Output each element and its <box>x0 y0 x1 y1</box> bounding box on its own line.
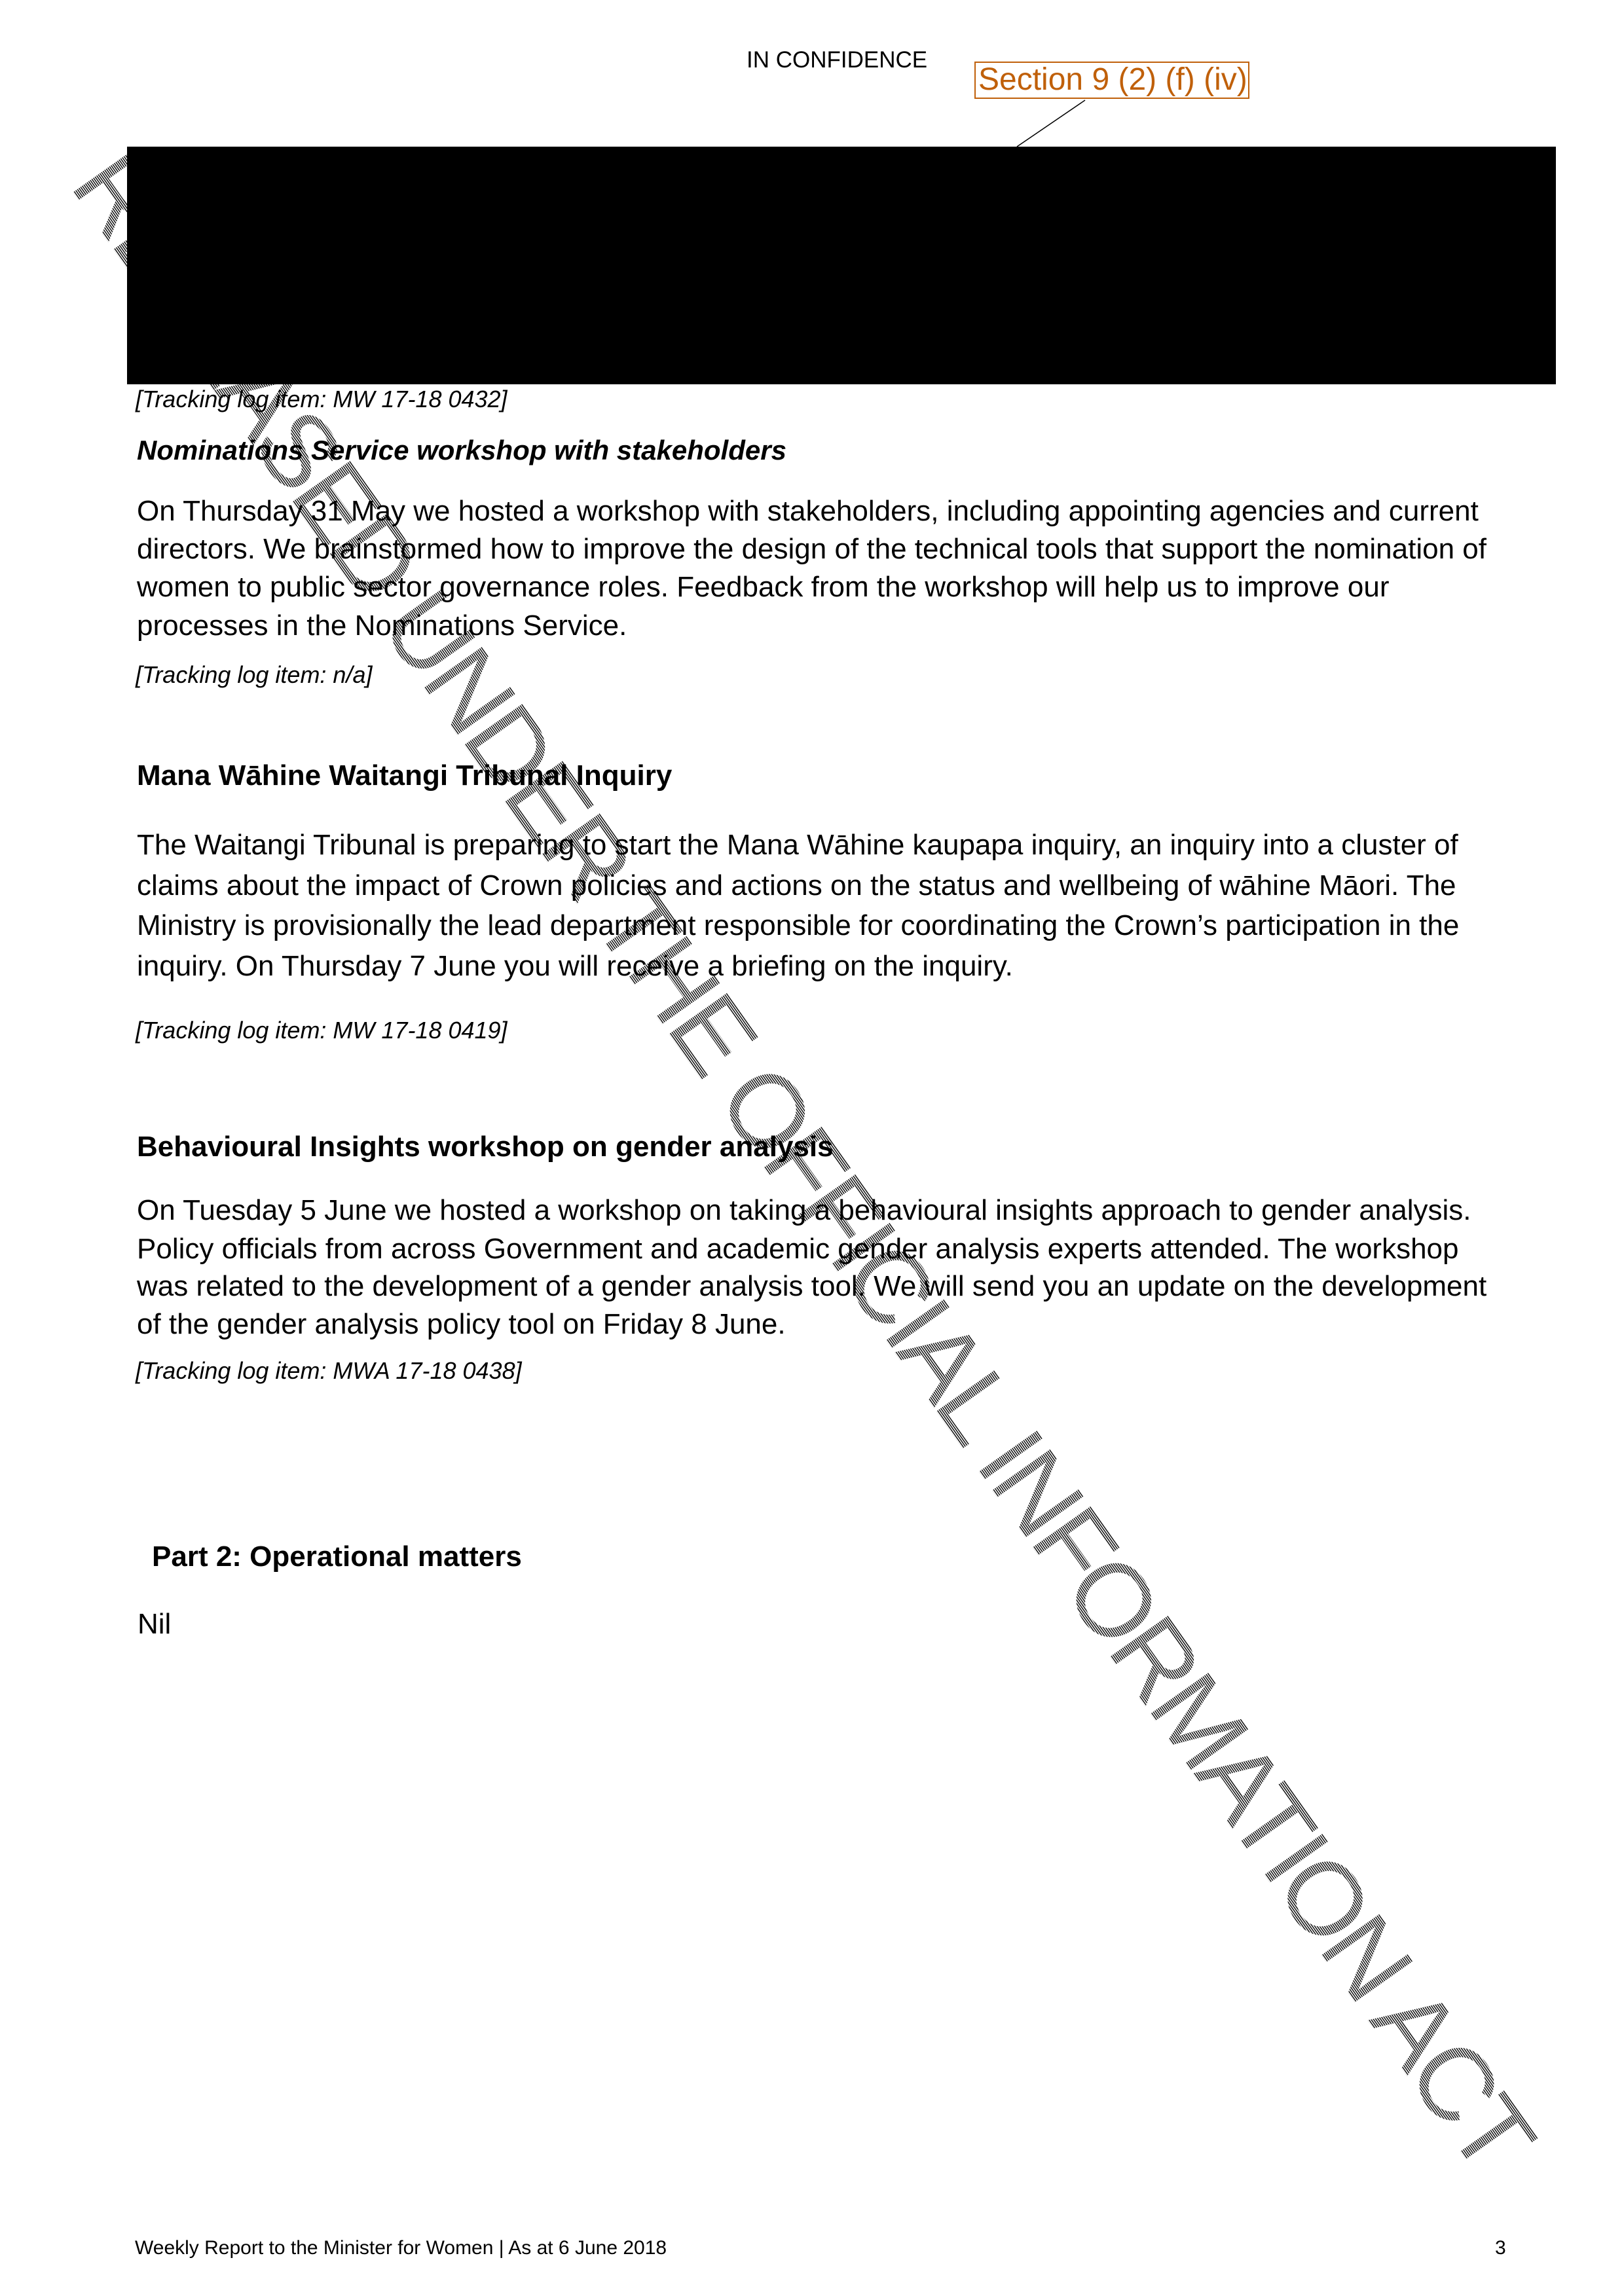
tracking-log-item: [Tracking log item: MW 17-18 0432] <box>136 386 507 412</box>
tracking-log-item: [Tracking log item: n/a] <box>136 662 372 688</box>
part2-body: Nil <box>138 1608 171 1641</box>
paragraph-line: The Waitangi Tribunal is preparing to st… <box>137 829 1458 862</box>
paragraph-line: claims about the impact of Crown policie… <box>137 869 1456 902</box>
paragraph-line: Policy officials from across Government … <box>137 1233 1459 1266</box>
paragraph-line: Ministry is provisionally the lead depar… <box>137 909 1459 942</box>
paragraph-line: women to public sector governance roles.… <box>137 571 1389 604</box>
redaction-block <box>127 147 1556 384</box>
classification-label: IN CONFIDENCE <box>747 47 927 73</box>
tracking-log-item: [Tracking log item: MW 17-18 0419] <box>136 1017 507 1044</box>
footer-text: Weekly Report to the Minister for Women … <box>135 2237 667 2259</box>
tracking-log-item: [Tracking log item: MWA 17-18 0438] <box>136 1358 522 1384</box>
section-heading-behavioural-insights: Behavioural Insights workshop on gender … <box>137 1131 834 1163</box>
redaction-section-label: Section 9 (2) (f) (iv) <box>974 62 1249 99</box>
section-heading-mana-wahine: Mana Wāhine Waitangi Tribunal Inquiry <box>137 759 672 792</box>
paragraph-line: directors. We brainstormed how to improv… <box>137 533 1486 566</box>
paragraph-line: processes in the Nominations Service. <box>137 610 627 642</box>
paragraph-line: inquiry. On Thursday 7 June you will rec… <box>137 950 1013 983</box>
part2-heading: Part 2: Operational matters <box>152 1540 522 1573</box>
paragraph-line: On Tuesday 5 June we hosted a workshop o… <box>137 1194 1471 1227</box>
paragraph-line: was related to the development of a gend… <box>137 1270 1486 1303</box>
section-heading-nominations: Nominations Service workshop with stakeh… <box>137 435 786 466</box>
paragraph-line: of the gender analysis policy tool on Fr… <box>137 1308 786 1341</box>
paragraph-line: On Thursday 31 May we hosted a workshop … <box>137 495 1479 528</box>
page-number: 3 <box>1495 2237 1506 2259</box>
